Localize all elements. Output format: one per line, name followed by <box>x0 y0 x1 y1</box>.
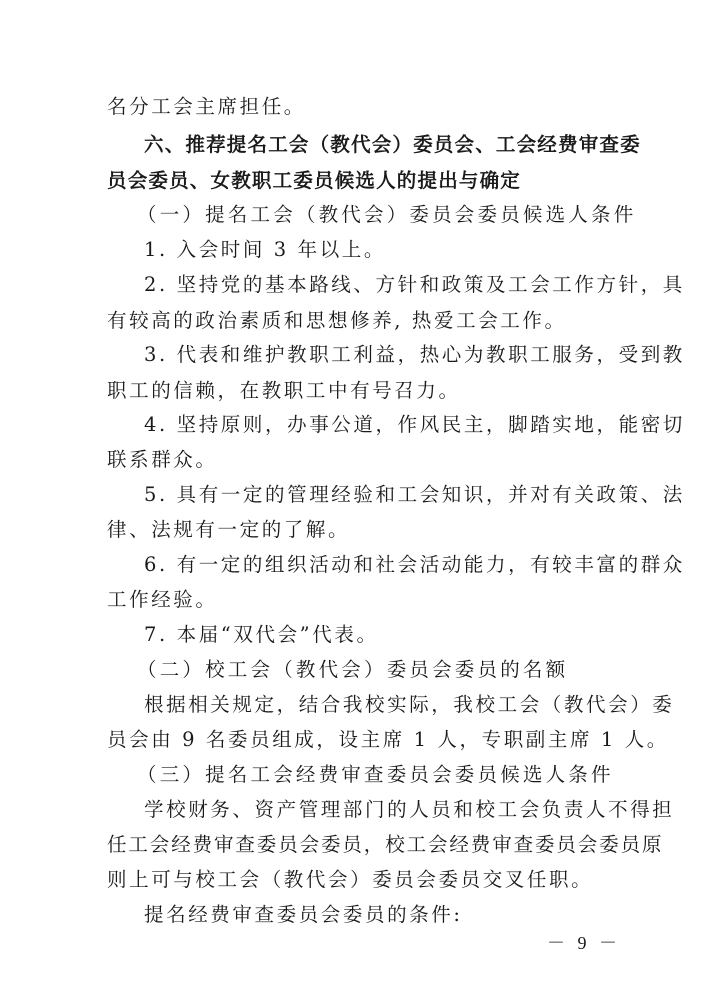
section-heading-6: 六、推荐提名工会（教代会）委员会、工会经费审查委 <box>144 130 641 160</box>
list-item-5-cont: 律、法规有一定的了解。 <box>107 515 350 545</box>
subsection-heading-2: （二）校工会（教代会）委员会委员的名额 <box>137 655 568 685</box>
list-item-6-cont: 工作经验。 <box>107 585 218 615</box>
list-item-1: 1. 入会时间 3 年以上。 <box>144 235 386 265</box>
paragraph-continuation: 名分工会主席担任。 <box>107 92 306 122</box>
paragraph-audit-conditions: 提名经费审查委员会委员的条件: <box>144 900 463 930</box>
subsection-heading-3: （三）提名工会经费审查委员会委员候选人条件 <box>137 760 614 790</box>
paragraph-quota: 根据相关规定，结合我校实际，我校工会（教代会）委 <box>144 690 674 720</box>
paragraph-audit: 学校财务、资产管理部门的人员和校工会负责人不得担 <box>144 795 674 825</box>
paragraph-quota-cont: 员会由 9 名委员组成，设主席 1 人，专职副主席 1 人。 <box>107 725 669 755</box>
list-item-2-cont: 有较高的政治素质和思想修养, 热爱工会工作。 <box>107 306 567 336</box>
list-item-4-cont: 联系群众。 <box>107 445 218 475</box>
list-item-7: 7. 本届“双代会”代表。 <box>144 620 379 650</box>
list-item-2: 2. 坚持党的基本路线、方针和政策及工会工作方针，具 <box>144 270 685 300</box>
list-item-5: 5. 具有一定的管理经验和工会知识，并对有关政策、法 <box>144 480 685 510</box>
page-number: － 9 － <box>547 929 621 955</box>
paragraph-audit-cont: 任工会经费审查委员会委员，校工会经费审查委员会委员原 <box>107 830 663 860</box>
list-item-3: 3. 代表和维护教职工利益，热心为教职工服务，受到教 <box>144 340 685 370</box>
list-item-6: 6. 有一定的组织活动和社会活动能力，有较丰富的群众 <box>144 550 685 580</box>
paragraph-audit-cont2: 则上可与校工会（教代会）委员会委员交叉任职。 <box>107 865 593 895</box>
section-heading-6-cont: 员会委员、女教职工委员候选人的提出与确定 <box>107 166 521 196</box>
list-item-4: 4. 坚持原则，办事公道，作风民主，脚踏实地，能密切 <box>144 410 685 440</box>
subsection-heading-1: （一）提名工会（教代会）委员会委员候选人条件 <box>137 200 636 230</box>
list-item-3-cont: 职工的信赖，在教职工中有号召力。 <box>107 376 461 406</box>
